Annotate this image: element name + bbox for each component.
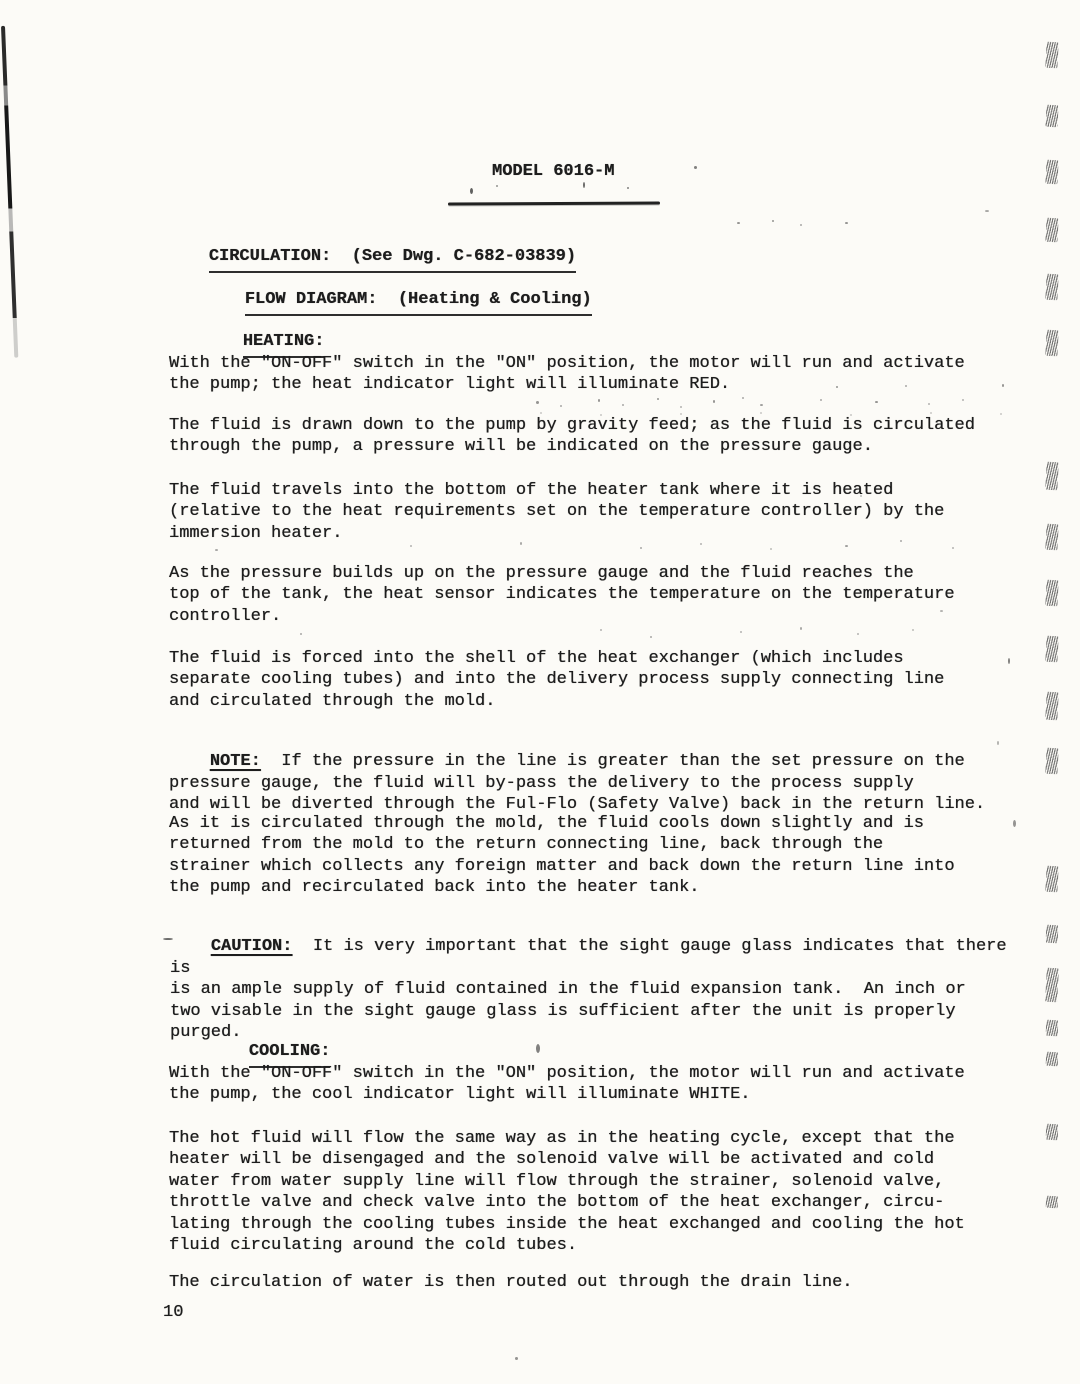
ink-speck-artifact xyxy=(1008,658,1010,664)
ink-speck-artifact xyxy=(713,400,715,403)
ink-speck-artifact xyxy=(850,414,852,416)
margin-smudge-artifact xyxy=(1045,274,1058,301)
ink-speck-artifact xyxy=(515,1357,518,1360)
ink-speck-artifact xyxy=(540,412,542,414)
ink-speck-artifact xyxy=(657,398,659,400)
paragraph-heating-6: As it is circulated through the mold, th… xyxy=(169,813,1025,899)
ink-speck-artifact xyxy=(962,399,964,401)
ink-speck-artifact xyxy=(875,401,878,403)
margin-smudge-artifact xyxy=(1045,968,1059,1003)
ink-speck-artifact xyxy=(1013,820,1016,827)
ink-speck-artifact xyxy=(997,741,999,745)
ink-speck-artifact xyxy=(536,401,539,404)
margin-smudge-artifact xyxy=(1045,330,1058,357)
ink-speck-artifact xyxy=(600,629,602,631)
margin-smudge-artifact xyxy=(1045,580,1058,607)
margin-smudge-artifact xyxy=(1045,218,1058,243)
ink-speck-artifact xyxy=(410,545,412,547)
margin-smudge-artifact xyxy=(1045,105,1058,128)
margin-smudge-artifact xyxy=(1045,748,1058,775)
ink-speck-artifact xyxy=(680,406,682,408)
caution-label: CAUTION: xyxy=(211,937,293,956)
ink-speck-artifact xyxy=(640,547,642,549)
ink-speck-artifact xyxy=(700,543,702,545)
document-title: MODEL 6016-M xyxy=(492,161,614,182)
ink-speck-artifact xyxy=(985,210,989,212)
paragraph-heating-1: With the "ON-OFF" switch in the "ON" pos… xyxy=(169,353,1025,396)
ink-speck-artifact xyxy=(627,187,629,189)
ink-speck-artifact xyxy=(600,414,602,416)
ink-speck-artifact xyxy=(900,540,902,542)
paragraph-cooling-2: The hot fluid will flow the same way as … xyxy=(169,1128,1025,1256)
ink-speck-artifact xyxy=(928,403,930,405)
ink-speck-artifact xyxy=(940,610,943,612)
margin-smudge-artifact xyxy=(1045,462,1058,491)
paragraph-heating-2: The fluid is drawn down to the pump by g… xyxy=(169,415,1025,458)
ink-speck-artifact xyxy=(772,220,774,222)
ink-speck-artifact xyxy=(680,413,682,415)
ink-speck-artifact xyxy=(598,399,600,402)
ink-speck-artifact xyxy=(836,386,838,388)
ink-speck-artifact xyxy=(930,412,932,414)
paragraph-cooling-3: The circulation of water is then routed … xyxy=(169,1272,1025,1293)
ink-speck-artifact xyxy=(163,938,173,940)
ink-speck-artifact xyxy=(583,182,585,188)
ink-speck-artifact xyxy=(622,404,624,406)
title-underline xyxy=(448,202,660,206)
margin-smudge-artifact xyxy=(1046,925,1059,944)
margin-smudge-artifact xyxy=(1046,1196,1059,1209)
margin-smudge-artifact xyxy=(1045,636,1058,663)
margin-smudge-artifact xyxy=(1045,524,1058,551)
ink-speck-artifact xyxy=(300,633,302,635)
ink-speck-artifact xyxy=(694,166,697,169)
margin-smudge-artifact xyxy=(1045,42,1058,69)
ink-speck-artifact xyxy=(536,1044,540,1053)
ink-speck-artifact xyxy=(905,385,907,387)
ink-speck-artifact xyxy=(520,542,522,545)
ink-speck-artifact xyxy=(845,545,848,547)
margin-smudge-artifact xyxy=(1045,866,1058,893)
ink-speck-artifact xyxy=(470,188,473,194)
paragraph-heating-5: The fluid is forced into the shell of th… xyxy=(169,648,1025,712)
ink-speck-artifact xyxy=(800,224,802,226)
ink-speck-artifact xyxy=(770,548,772,550)
margin-smudge-artifact xyxy=(1045,160,1058,185)
ink-speck-artifact xyxy=(1000,413,1002,415)
document-page: MODEL 6016-M CIRCULATION: (See Dwg. C-68… xyxy=(0,0,1080,1384)
ink-speck-artifact xyxy=(820,399,822,401)
ink-speck-artifact xyxy=(650,636,652,638)
ink-speck-artifact xyxy=(560,405,562,407)
ink-speck-artifact xyxy=(740,631,742,633)
ink-speck-artifact xyxy=(742,397,744,399)
paragraph-heating-3: The fluid travels into the bottom of the… xyxy=(169,480,1025,544)
note-text: If the pressure in the line is greater t… xyxy=(169,752,985,814)
paragraph-heating-4: As the pressure builds up on the pressur… xyxy=(169,563,1025,627)
ink-speck-artifact xyxy=(737,222,740,224)
paragraph-cooling-1: With the "ON-OFF" switch in the "ON" pos… xyxy=(169,1063,1025,1106)
ink-speck-artifact xyxy=(215,549,218,551)
note-label: NOTE: xyxy=(210,752,261,771)
margin-smudge-artifact xyxy=(1046,1052,1059,1067)
ink-speck-artifact xyxy=(860,495,862,497)
ink-speck-artifact xyxy=(760,404,763,406)
ink-speck-artifact xyxy=(857,633,859,635)
scan-edge-artifact xyxy=(1,26,18,358)
ink-speck-artifact xyxy=(952,547,954,549)
margin-smudge-artifact xyxy=(1046,1020,1059,1037)
margin-smudge-artifact xyxy=(1045,692,1058,721)
margin-smudge-artifact xyxy=(1046,1124,1059,1141)
ink-speck-artifact xyxy=(496,185,498,187)
ink-speck-artifact xyxy=(845,222,848,224)
ink-speck-artifact xyxy=(1002,384,1004,387)
ink-speck-artifact xyxy=(912,629,914,631)
page-number: 10 xyxy=(163,1302,183,1323)
ink-speck-artifact xyxy=(760,412,762,414)
ink-speck-artifact xyxy=(800,627,802,630)
